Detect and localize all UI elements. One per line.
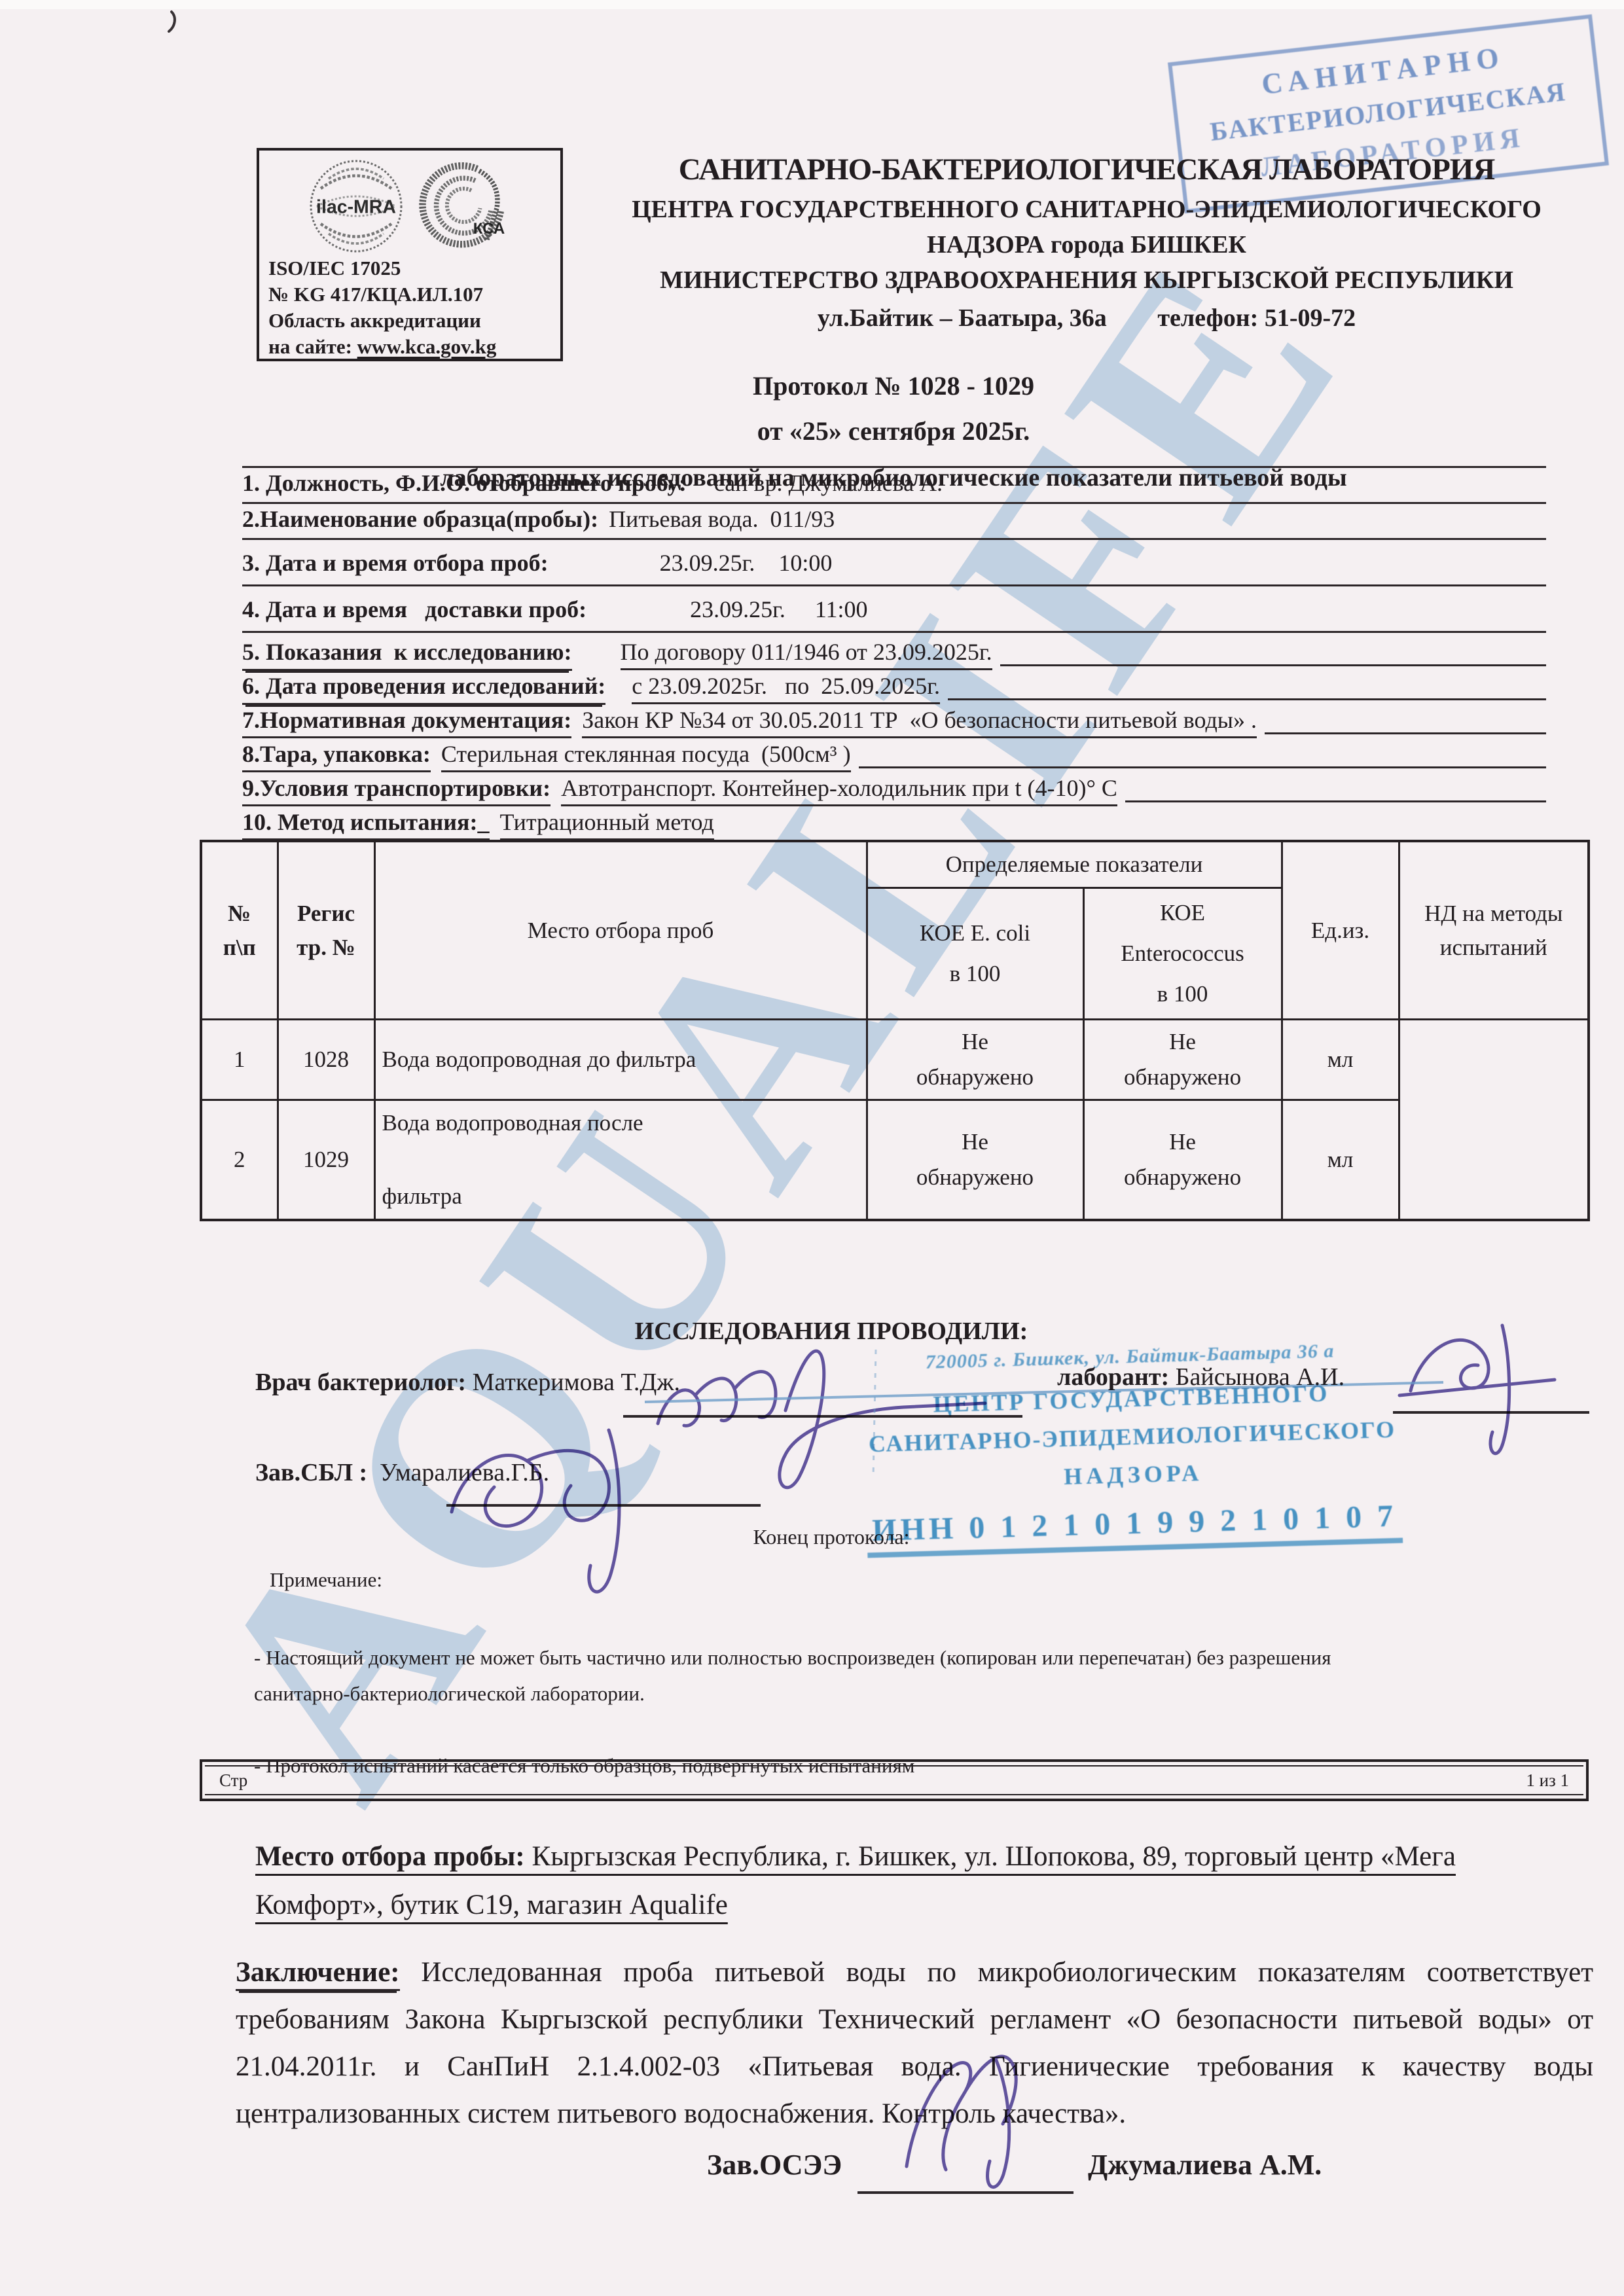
accreditation-scope: Область аккредитации <box>268 308 551 334</box>
field-8-value: Стерильная стеклянная посуда (500см³ ) <box>441 739 851 772</box>
protocol-date: от «25» сентября 2025г. <box>242 416 1545 446</box>
row1-entero-result: Не обнаружено <box>1083 1020 1282 1100</box>
kca-logo-text: КСА <box>473 220 505 238</box>
head-sbl-label: Зав.СБЛ : <box>255 1459 380 1486</box>
field-9-label: 9.Условия транспортировки: <box>242 773 550 806</box>
field-row-2: 2.Наименование образца(пробы):Питьевая в… <box>242 504 1546 540</box>
kca-logo-icon: КСА <box>414 157 513 255</box>
document-header: САНИТАРНО-БАКТЕРИОЛОГИЧЕСКАЯ ЛАБОРАТОРИЯ… <box>576 152 1597 332</box>
row1-num: 1 <box>201 1020 278 1100</box>
field-6-value: с 23.09.2025г. по 25.09.2025г. <box>632 671 940 704</box>
field-6-ruled-line <box>948 671 1546 700</box>
scanned-lab-protocol-page: { "colors":{ "page_bg":"#f5f0f2", "ink":… <box>0 0 1624 2296</box>
scan-edge-strip <box>0 0 1624 9</box>
field-9-value: Автотранспорт. Контейнер-холодильник при… <box>561 773 1117 806</box>
col-header-reg: Регис тр. № <box>278 841 374 1020</box>
row1-ecoli-result: Не обнаружено <box>867 1020 1083 1100</box>
field-row-1: 1. Должность, Ф.И.О. отобравшего пробу:с… <box>242 468 1546 504</box>
field-row-6: 6. Дата проведения исследований:с 23.09.… <box>242 671 1546 705</box>
protocol-fields: 1. Должность, Ф.И.О. отобравшего пробу:с… <box>242 466 1546 841</box>
accreditation-standard: ISO/IEC 17025 <box>268 255 551 281</box>
head-sbl-signature-line: Зав.СБЛ : Умаралиева.Г.Б. <box>255 1458 549 1487</box>
field-2-label: 2.Наименование образца(пробы): <box>242 504 598 534</box>
field-2-value: Питьевая вода. 011/93 <box>609 504 835 534</box>
stamp-line1: ЦЕНТР ГОСУДАРСТВЕННОГО <box>836 1376 1426 1420</box>
field-10-value: Титрационный метод <box>500 807 714 840</box>
col-header-indicators-group: Определяемые показатели <box>867 841 1282 888</box>
field-5-value: По договору 011/1946 от 23.09.2025г. <box>621 637 992 670</box>
table-row: 2 1029 Вода водопроводная после фильтра … <box>201 1100 1589 1221</box>
nd-methods-cell <box>1399 1020 1589 1221</box>
ilac-mra-logo-icon: ilac-MRA <box>307 157 405 255</box>
col-header-nd: НД на методы испытаний <box>1399 841 1589 1020</box>
header-lab-name: САНИТАРНО-БАКТЕРИОЛОГИЧЕСКАЯ ЛАБОРАТОРИЯ <box>576 152 1597 187</box>
performed-heading: ИССЛЕДОВАНИЯ ПРОВОДИЛИ: <box>242 1317 1420 1346</box>
header-address: ул.Байтик – Баатыра, 36а <box>818 304 1107 332</box>
field-9-ruled-line <box>1125 773 1546 802</box>
field-row-10: 10. Метод испытания:_Титрационный метод <box>242 807 1546 841</box>
header-contact: ул.Байтик – Баатыра, 36а телефон: 51-09-… <box>576 304 1597 332</box>
pen-mark <box>169 12 175 31</box>
field-row-5: 5. Показания к исследованию:По договору … <box>242 637 1546 671</box>
row1-unit: мл <box>1282 1020 1399 1100</box>
doctor-signature-line: Врач бактериолог: Маткеримова Т.Дж. <box>255 1368 680 1397</box>
field-10-label: 10. Метод испытания:_ <box>242 807 490 840</box>
head-sbl-name: Умаралиева.Г.Б. <box>380 1459 549 1486</box>
row1-place: Вода водопроводная до фильтра <box>374 1020 867 1100</box>
col-header-num: № п\п <box>201 841 278 1020</box>
col-header-entero: КОЕ Enterococcus в 100 <box>1083 888 1282 1020</box>
note-item-1: - Настоящий документ не может быть части… <box>254 1640 1537 1712</box>
field-3-label: 3. Дата и время отбора проб: <box>242 548 549 578</box>
signoff-title: Зав.ОСЭЭ <box>707 2148 842 2181</box>
page-bar-right: 1 из 1 <box>1526 1770 1569 1791</box>
results-table: № п\п Регис тр. № Место отбора проб Опре… <box>200 840 1590 1221</box>
field-row-4: 4. Дата и время доставки проб:23.09.25г.… <box>242 594 1546 633</box>
conclusion: Заключение: Исследованная проба питьевой… <box>236 1949 1593 2138</box>
sampling-place-label: Место отбора пробы: <box>255 1841 532 1872</box>
field-row-8: 8.Тара, упаковка:Стерильная стеклянная п… <box>242 739 1546 773</box>
table-row: 1 1028 Вода водопроводная до фильтра Не … <box>201 1020 1589 1100</box>
field-row-9: 9.Условия транспортировки:Автотранспорт.… <box>242 773 1546 807</box>
row2-reg: 1029 <box>278 1100 374 1221</box>
doctor-label: Врач бактериолог: <box>255 1369 473 1396</box>
row2-num: 2 <box>201 1100 278 1221</box>
field-4-value: 23.09.25г. 11:00 <box>690 594 867 624</box>
header-phone: телефон: 51-09-72 <box>1157 304 1356 332</box>
row1-reg: 1028 <box>278 1020 374 1100</box>
svg-text:ilac-MRA: ilac-MRA <box>316 197 396 218</box>
row2-entero-result: Не обнаружено <box>1083 1100 1282 1221</box>
stamp-line2: САНИТАРНО-ЭПИДЕМИОЛОГИЧЕСКОГО <box>837 1414 1427 1458</box>
accreditation-site-prefix: на сайте: <box>268 335 357 358</box>
header-ministry: МИНИСТЕРСТВО ЗДРАВООХРАНЕНИЯ КЫРГЫЗСКОЙ … <box>576 266 1597 295</box>
field-1-value: сан вр. Джумалиева А. <box>714 468 943 498</box>
conclusion-label: Заключение: <box>236 1957 400 1991</box>
sampling-place: Место отбора пробы: Кыргызская Республик… <box>255 1833 1486 1929</box>
field-4-label: 4. Дата и время доставки проб: <box>242 594 586 624</box>
signoff-name: Джумалиева А.М. <box>1088 2148 1322 2181</box>
header-city: НАДЗОРА города БИШКЕК <box>576 230 1597 259</box>
head-sbl-signature-rule <box>446 1504 761 1507</box>
center-official-stamp: 720005 г. Бишкек, ул. Байтик-Баатыра 36 … <box>835 1337 1430 1558</box>
col-header-ecoli: КОЕ E. coli в 100 <box>867 888 1083 1020</box>
field-7-value: Закон КР №34 от 30.05.2011 ТР «О безопас… <box>582 705 1257 738</box>
accreditation-number: № KG 417/КЦА.ИЛ.107 <box>268 281 551 308</box>
row2-place: Вода водопроводная после фильтра <box>374 1100 867 1221</box>
doctor-name: Маткеримова Т.Дж. <box>473 1369 680 1396</box>
accreditation-site-url: www.kca.gov.kg <box>357 335 497 358</box>
protocol-number: Протокол № 1028 - 1029 <box>242 370 1545 401</box>
field-7-label: 7.Нормативная документация: <box>242 705 571 738</box>
page-number-bar: Стр 1 из 1 <box>200 1759 1589 1801</box>
field-row-3: 3. Дата и время отбора проб:23.09.25г. 1… <box>242 548 1546 586</box>
conclusion-text: Исследованная проба питьевой воды по мик… <box>236 1957 1593 2129</box>
field-6-label: 6. Дата проведения исследований: <box>242 671 605 705</box>
col-header-unit: Ед.из. <box>1282 841 1399 1020</box>
field-row-7: 7.Нормативная документация:Закон КР №34 … <box>242 705 1546 739</box>
accreditation-logos: ilac-MRA КСА <box>268 157 551 255</box>
header-center-name: ЦЕНТРА ГОСУДАРСТВЕННОГО САНИТАРНО-ЭПИДЕМ… <box>576 195 1597 224</box>
field-3-value: 23.09.25г. 10:00 <box>660 548 833 578</box>
page-bar-left: Стр <box>219 1770 247 1791</box>
field-5-label: 5. Показания к исследованию: <box>242 637 572 671</box>
accreditation-site: на сайте: www.kca.gov.kg <box>268 334 551 360</box>
notes-heading: Примечание: <box>270 1568 382 1592</box>
row2-ecoli-result: Не обнаружено <box>867 1100 1083 1221</box>
field-1-label: 1. Должность, Ф.И.О. отобравшего пробу: <box>242 468 687 498</box>
field-7-ruled-line <box>1265 705 1546 734</box>
signoff-signature-rule <box>857 2191 1074 2194</box>
field-8-label: 8.Тара, упаковка: <box>242 739 431 772</box>
field-8-ruled-line <box>859 739 1546 768</box>
col-header-place: Место отбора проб <box>374 841 867 1020</box>
row2-unit: мл <box>1282 1100 1399 1221</box>
page-number-bar-inner: Стр 1 из 1 <box>205 1765 1583 1795</box>
field-5-ruled-line <box>1000 637 1546 666</box>
accreditation-box: ilac-MRA КСА ISO/IEC 17025 № KG 417/КЦА.… <box>257 148 563 361</box>
